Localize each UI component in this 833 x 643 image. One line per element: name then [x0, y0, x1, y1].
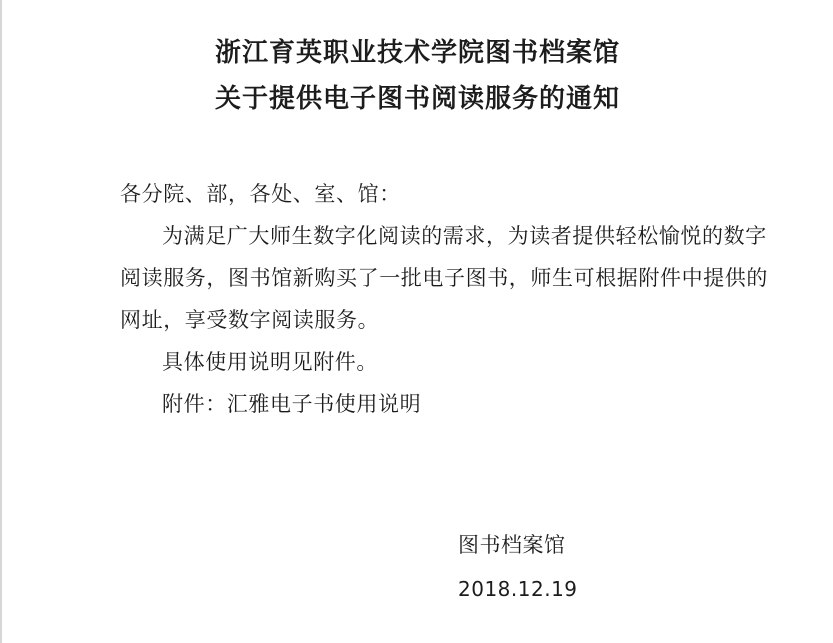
notice-document-page: 浙江育英职业技术学院图书档案馆 关于提供电子图书阅读服务的通知 各分院、部，各处… — [0, 0, 833, 643]
document-body: 各分院、部，各处、室、馆： 为满足广大师生数字化阅读的需求，为读者提供轻松愉悦的… — [2, 173, 833, 425]
document-title: 浙江育英职业技术学院图书档案馆 关于提供电子图书阅读服务的通知 — [2, 30, 833, 122]
attachment-line: 附件：汇雅电子书使用说明 — [120, 383, 753, 425]
note-line: 具体使用说明见附件。 — [120, 341, 753, 383]
signature-date: 2018.12.19 — [458, 567, 833, 611]
signature-block: 图书档案馆 2018.12.19 — [2, 523, 833, 611]
title-line-2: 关于提供电子图书阅读服务的通知 — [2, 76, 833, 122]
title-line-1: 浙江育英职业技术学院图书档案馆 — [2, 30, 833, 76]
salutation-line: 各分院、部，各处、室、馆： — [120, 173, 753, 215]
signature-organization: 图书档案馆 — [458, 523, 833, 567]
paragraph-line: 阅读服务，图书馆新购买了一批电子图书，师生可根据附件中提供的 — [120, 257, 753, 299]
paragraph-line: 网址，享受数字阅读服务。 — [120, 299, 753, 341]
paragraph-line: 为满足广大师生数字化阅读的需求，为读者提供轻松愉悦的数字 — [120, 215, 753, 257]
